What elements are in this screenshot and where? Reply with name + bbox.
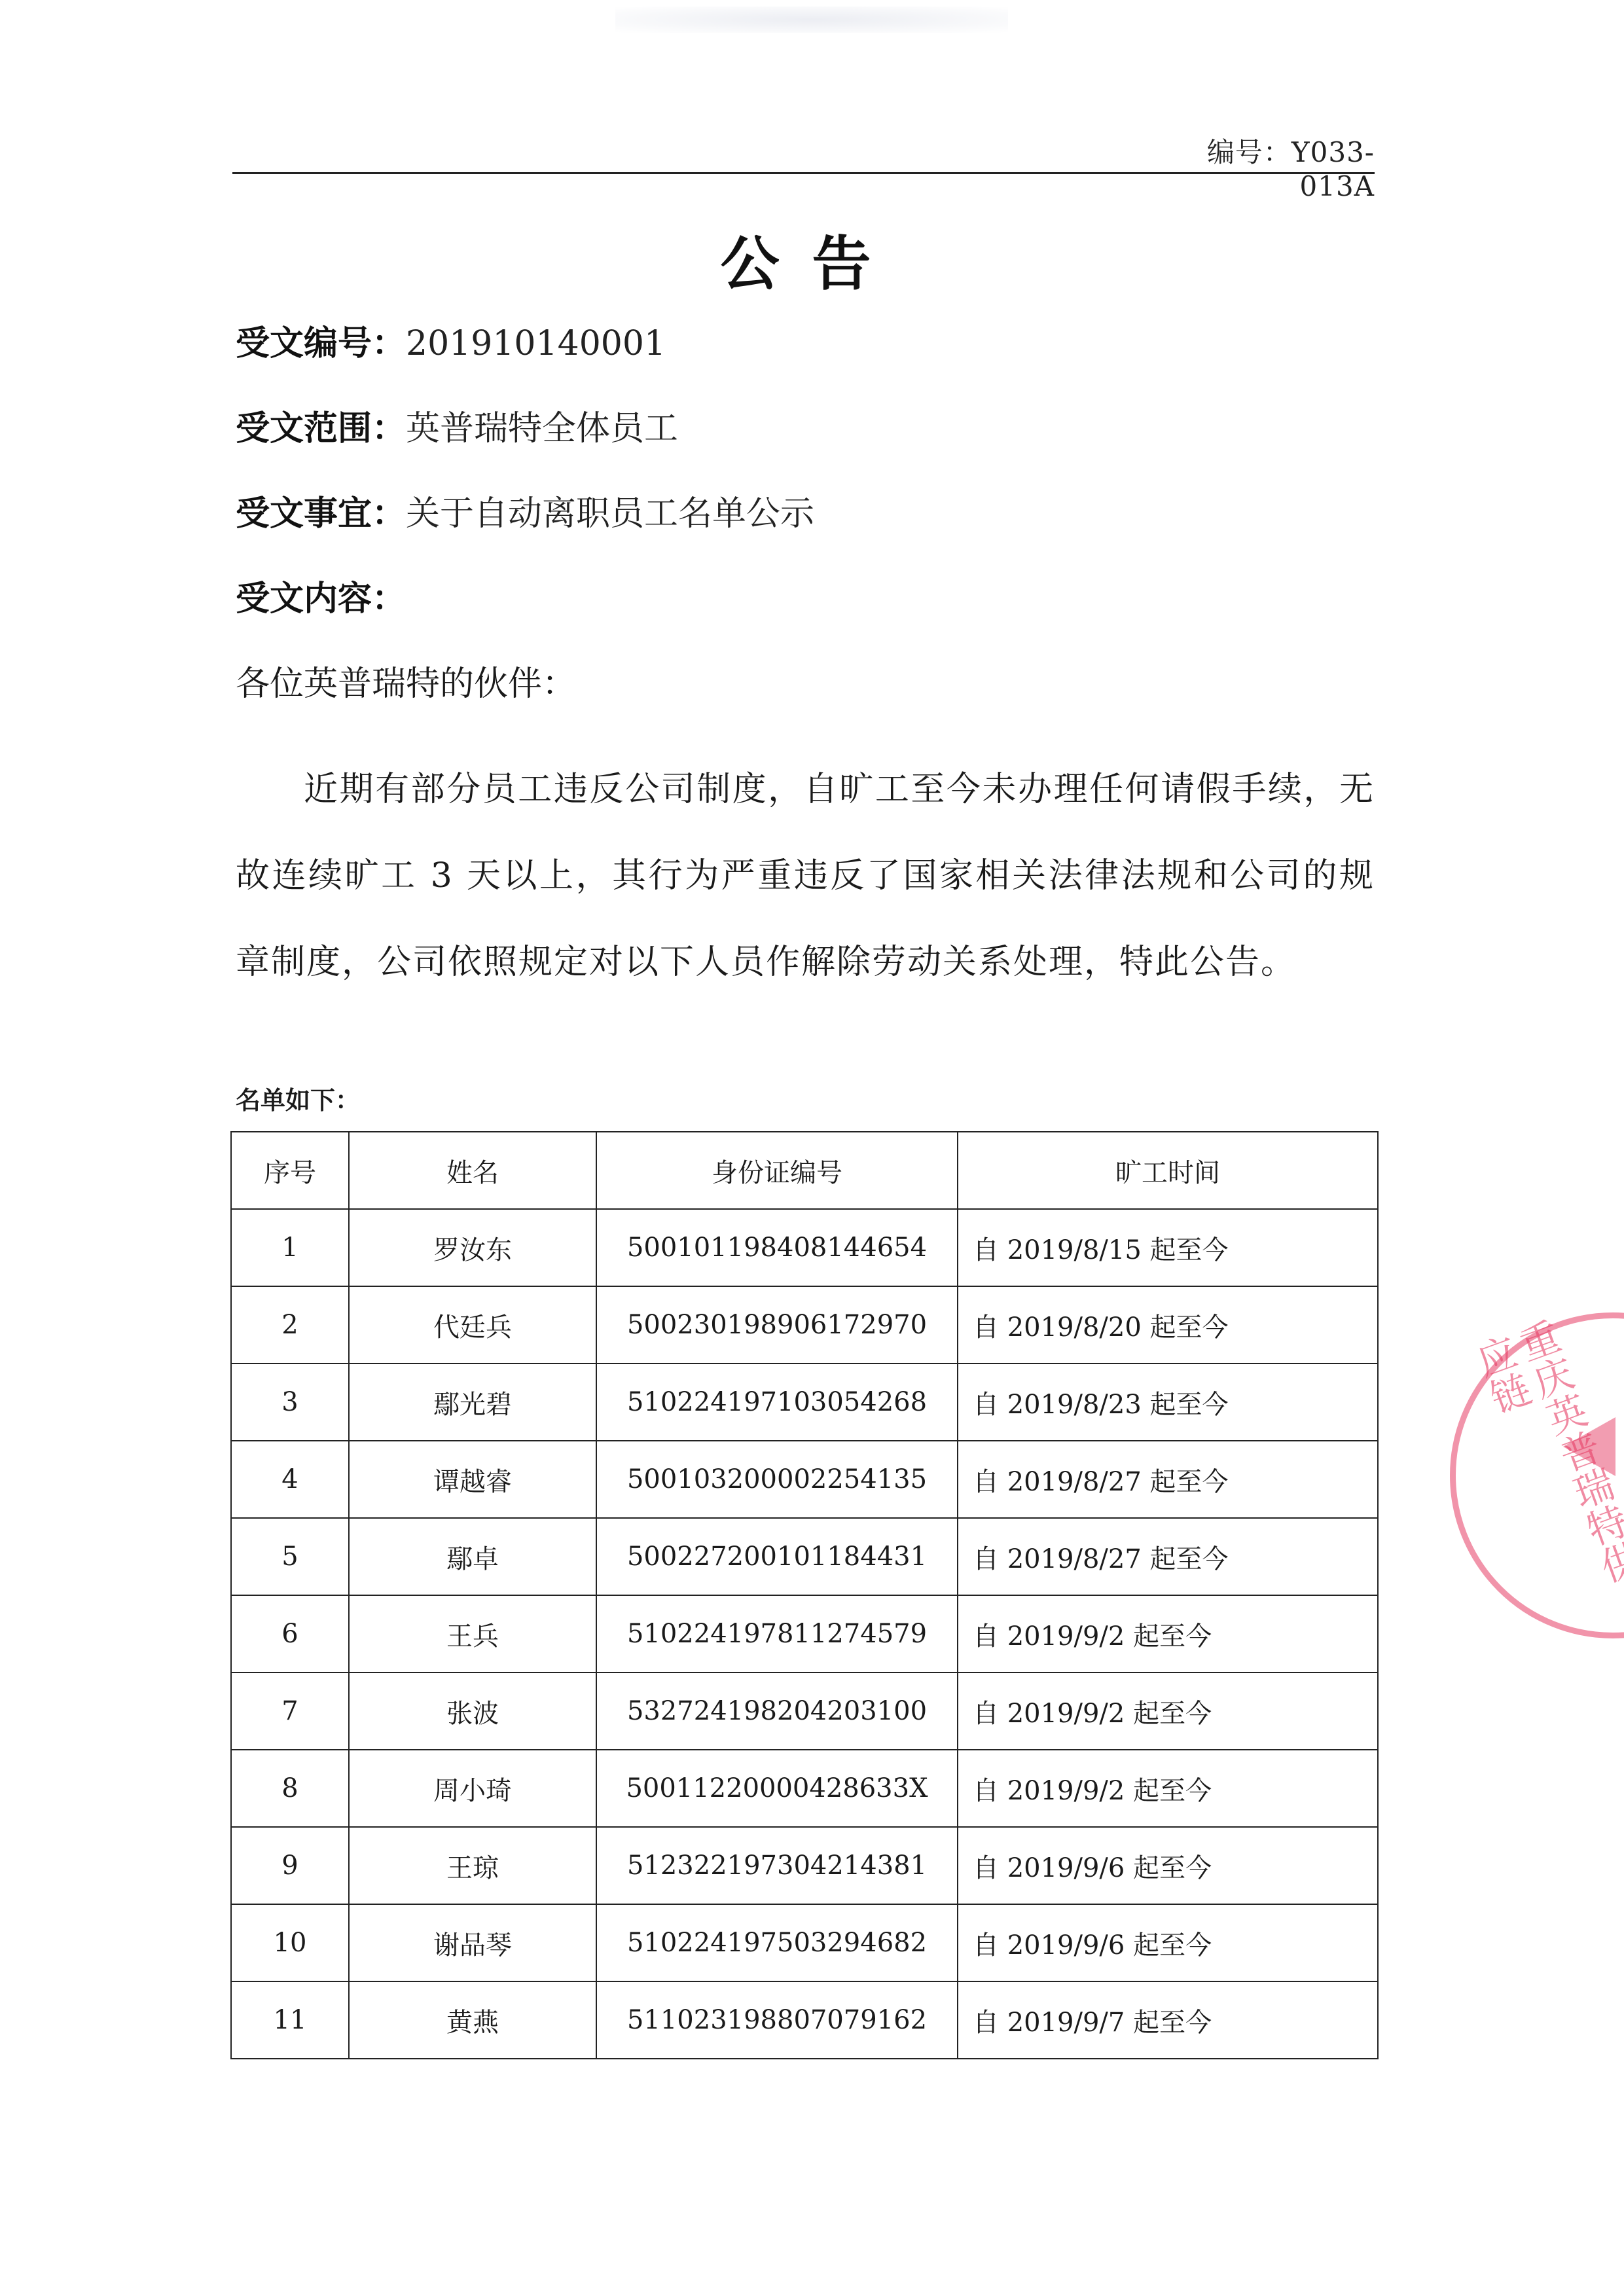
table-row: 9 王琼 512322197304214381 自 2019/9/6 起至今 bbox=[231, 1827, 1378, 1904]
table-row: 1 罗汝东 500101198408144654 自 2019/8/15 起至今 bbox=[231, 1209, 1378, 1286]
cell-name: 周小琦 bbox=[349, 1750, 596, 1827]
cell-name: 谭越睿 bbox=[349, 1441, 596, 1518]
cell-seq: 6 bbox=[231, 1595, 349, 1672]
cell-absence-time: 自 2019/8/23 起至今 bbox=[958, 1364, 1378, 1441]
cell-id-number: 500101198408144654 bbox=[596, 1209, 958, 1286]
table-row: 11 黄燕 511023198807079162 自 2019/9/7 起至今 bbox=[231, 1981, 1378, 2059]
header-divider bbox=[232, 172, 1375, 174]
meta-content: 受文内容： bbox=[236, 576, 406, 622]
meta-value: 英普瑞特全体员工 bbox=[406, 409, 678, 448]
cell-seq: 11 bbox=[231, 1981, 349, 2059]
list-label: 名单如下： bbox=[236, 1080, 360, 1116]
cell-name: 谢品琴 bbox=[349, 1904, 596, 1981]
header-seq: 序号 bbox=[231, 1132, 349, 1209]
cell-id-number: 510224197103054268 bbox=[596, 1364, 958, 1441]
cell-id-number: 500103200002254135 bbox=[596, 1441, 958, 1518]
meta-document-id: 受文编号：201910140001 bbox=[236, 321, 666, 367]
cell-name: 王兵 bbox=[349, 1595, 596, 1672]
table-row: 6 王兵 510224197811274579 自 2019/9/2 起至今 bbox=[231, 1595, 1378, 1672]
table-row: 5 鄢卓 500227200101184431 自 2019/8/27 起至今 bbox=[231, 1518, 1378, 1595]
cell-id-number: 510224197811274579 bbox=[596, 1595, 958, 1672]
body-paragraph: 近期有部分员工违反公司制度，自旷工至今未办理任何请假手续，无故连续旷工 3 天以… bbox=[236, 746, 1375, 1005]
header-absence-time: 旷工时间 bbox=[958, 1132, 1378, 1209]
cell-name: 鄢卓 bbox=[349, 1518, 596, 1595]
meta-label: 受文编号： bbox=[236, 324, 406, 363]
meta-subject: 受文事宜：关于自动离职员工名单公示 bbox=[236, 491, 814, 537]
meta-value: 关于自动离职员工名单公示 bbox=[406, 494, 814, 533]
cell-absence-time: 自 2019/8/27 起至今 bbox=[958, 1518, 1378, 1595]
cell-seq: 4 bbox=[231, 1441, 349, 1518]
meta-value: 201910140001 bbox=[406, 324, 666, 363]
cell-seq: 2 bbox=[231, 1286, 349, 1364]
table-row: 7 张波 532724198204203100 自 2019/9/2 起至今 bbox=[231, 1672, 1378, 1750]
table-header-row: 序号 姓名 身份证编号 旷工时间 bbox=[231, 1132, 1378, 1209]
header-name: 姓名 bbox=[349, 1132, 596, 1209]
cell-id-number: 512322197304214381 bbox=[596, 1827, 958, 1904]
cell-id-number: 532724198204203100 bbox=[596, 1672, 958, 1750]
employee-table: 序号 姓名 身份证编号 旷工时间 1 罗汝东 50010119840814465… bbox=[230, 1131, 1379, 2059]
cell-id-number: 50011220000428633X bbox=[596, 1750, 958, 1827]
cell-name: 代廷兵 bbox=[349, 1286, 596, 1364]
header-id-number: 身份证编号 bbox=[596, 1132, 958, 1209]
cell-absence-time: 自 2019/9/2 起至今 bbox=[958, 1750, 1378, 1827]
cell-seq: 1 bbox=[231, 1209, 349, 1286]
scan-artifact bbox=[615, 7, 1008, 33]
meta-label: 受文内容： bbox=[236, 579, 406, 619]
cell-absence-time: 自 2019/9/6 起至今 bbox=[958, 1827, 1378, 1904]
table-row: 3 鄢光碧 510224197103054268 自 2019/8/23 起至今 bbox=[231, 1364, 1378, 1441]
document-number: 编号：Y033-013A bbox=[1139, 131, 1375, 202]
cell-seq: 3 bbox=[231, 1364, 349, 1441]
cell-name: 张波 bbox=[349, 1672, 596, 1750]
cell-absence-time: 自 2019/9/6 起至今 bbox=[958, 1904, 1378, 1981]
cell-seq: 8 bbox=[231, 1750, 349, 1827]
cell-name: 鄢光碧 bbox=[349, 1364, 596, 1441]
cell-seq: 10 bbox=[231, 1904, 349, 1981]
table-row: 8 周小琦 50011220000428633X 自 2019/9/2 起至今 bbox=[231, 1750, 1378, 1827]
meta-scope: 受文范围：英普瑞特全体员工 bbox=[236, 406, 678, 452]
cell-seq: 9 bbox=[231, 1827, 349, 1904]
cell-absence-time: 自 2019/8/15 起至今 bbox=[958, 1209, 1378, 1286]
cell-name: 黄燕 bbox=[349, 1981, 596, 2059]
table-row: 2 代廷兵 500230198906172970 自 2019/8/20 起至今 bbox=[231, 1286, 1378, 1364]
greeting: 各位英普瑞特的伙伴： bbox=[236, 661, 576, 707]
cell-id-number: 500227200101184431 bbox=[596, 1518, 958, 1595]
cell-absence-time: 自 2019/9/2 起至今 bbox=[958, 1672, 1378, 1750]
cell-id-number: 500230198906172970 bbox=[596, 1286, 958, 1364]
cell-seq: 5 bbox=[231, 1518, 349, 1595]
cell-absence-time: 自 2019/9/2 起至今 bbox=[958, 1595, 1378, 1672]
cell-absence-time: 自 2019/8/27 起至今 bbox=[958, 1441, 1378, 1518]
cell-id-number: 511023198807079162 bbox=[596, 1981, 958, 2059]
table-row: 4 谭越睿 500103200002254135 自 2019/8/27 起至今 bbox=[231, 1441, 1378, 1518]
cell-seq: 7 bbox=[231, 1672, 349, 1750]
cell-name: 王琼 bbox=[349, 1827, 596, 1904]
meta-label: 受文范围： bbox=[236, 409, 406, 448]
cell-name: 罗汝东 bbox=[349, 1209, 596, 1286]
cell-absence-time: 自 2019/9/7 起至今 bbox=[958, 1981, 1378, 2059]
cell-id-number: 510224197503294682 bbox=[596, 1904, 958, 1981]
meta-label: 受文事宜： bbox=[236, 494, 406, 533]
table-row: 10 谢品琴 510224197503294682 自 2019/9/6 起至今 bbox=[231, 1904, 1378, 1981]
cell-absence-time: 自 2019/8/20 起至今 bbox=[958, 1286, 1378, 1364]
page-title: 公告 bbox=[0, 216, 1624, 301]
